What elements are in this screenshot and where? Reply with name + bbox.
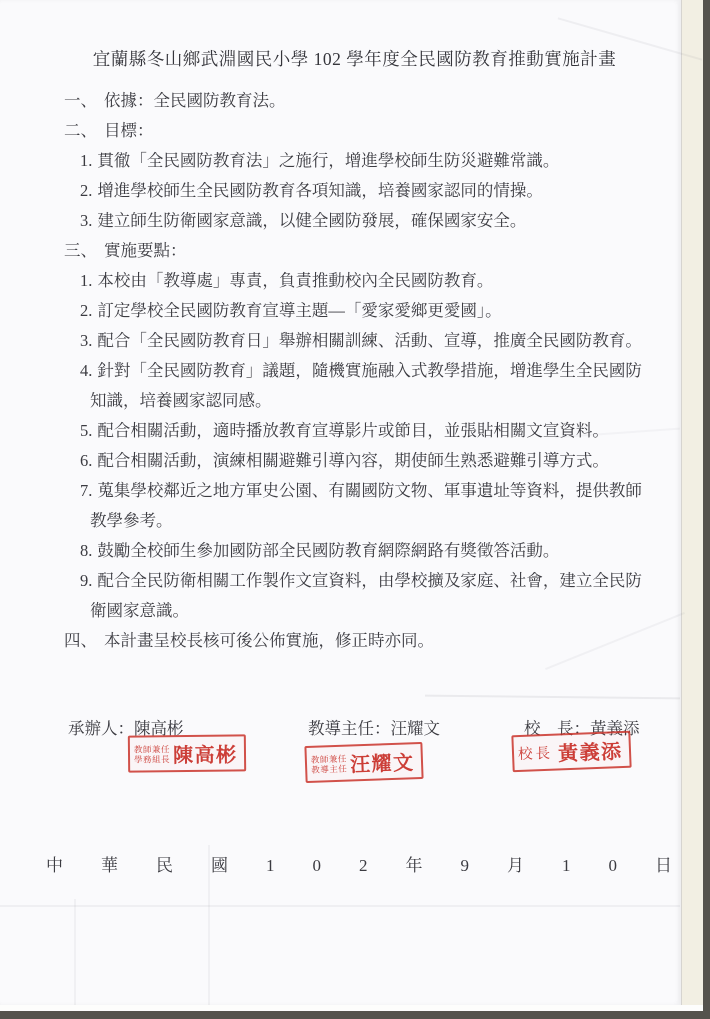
- scanner-edge-bottom: [0, 1011, 710, 1019]
- date-char: 日: [655, 851, 672, 881]
- stamp-title-text: 教師兼任 學務組長: [134, 744, 170, 764]
- item-number: 1.: [80, 151, 92, 170]
- date-char: 年: [406, 851, 423, 881]
- section-text: 本計畫呈校長核可後公佈實施，修正時亦同。: [104, 631, 434, 650]
- item-number: 5.: [80, 421, 92, 440]
- item-number: 1.: [80, 271, 92, 290]
- item-text: 配合相關活動，演練相關避難引導內容，期使師生熟悉避難引導方式。: [97, 451, 609, 470]
- stamp-name-text: 陳高彬: [173, 738, 238, 768]
- stamp-title-line: 教導主任: [311, 763, 347, 774]
- date-char: 民: [156, 851, 173, 881]
- section-heading-implementation: 三、實施要點：: [0, 236, 681, 266]
- section-text: 目標：: [104, 121, 154, 140]
- date-char: 0: [609, 851, 618, 881]
- list-item: 5.配合相關活動，適時播放教育宣導影片或節目，並張貼相關文宣資料。: [0, 416, 681, 446]
- item-text: 配合「全民國防教育日」舉辦相關訓練、活動、宣導，推廣全民國防教育。: [97, 331, 642, 350]
- section-heading-approval: 四、本計畫呈校長核可後公佈實施，修正時亦同。: [0, 626, 681, 656]
- section-label: 二、: [64, 121, 97, 140]
- section-text: 實施要點：: [104, 241, 187, 260]
- stamp-principal: 校長 黃義添: [511, 731, 631, 773]
- document-body: 宜蘭縣冬山鄉武淵國民小學 102 學年度全民國防教育推動實施計畫 一、依據：全民…: [0, 0, 681, 656]
- stamp-title-text: 校長: [518, 742, 554, 764]
- list-item: 7.蒐集學校鄰近之地方軍史公園、有關國防文物、軍事遺址等資料，提供教師: [0, 476, 681, 506]
- item-text: 配合相關活動，適時播放教育宣導影片或節目，並張貼相關文宣資料。: [97, 421, 609, 440]
- date-char: 2: [359, 851, 368, 881]
- stamp-organizer: 教師兼任 學務組長 陳高彬: [128, 734, 246, 772]
- stamp-title-line: 教師兼任: [134, 744, 170, 754]
- item-number: 8.: [80, 541, 92, 560]
- stamp-director: 教師兼任 教導主任 汪耀文: [304, 742, 423, 783]
- section-label: 一、: [64, 91, 97, 110]
- item-text: 本校由「教導處」專責，負責推動校內全民國防教育。: [97, 271, 493, 290]
- list-item: 4.針對「全民國防教育」議題，隨機實施融入式教學措施，增進學生全民國防: [0, 356, 681, 386]
- stamp-name-text: 汪耀文: [350, 746, 415, 777]
- stamp-title-text: 教師兼任 教導主任: [311, 753, 348, 774]
- list-item-continuation: 衛國家意識。: [0, 596, 681, 626]
- section-text: 依據：全民國防教育法。: [104, 91, 286, 110]
- list-item: 1.貫徹「全民國防教育法」之施行，增進學校師生防災避難常識。: [0, 146, 681, 176]
- section-heading-basis: 一、依據：全民國防教育法。: [0, 86, 681, 116]
- item-number: 9.: [80, 571, 92, 590]
- date-char: 月: [507, 851, 524, 881]
- doc-title: 宜蘭縣冬山鄉武淵國民小學 102 學年度全民國防教育推動實施計畫: [14, 44, 695, 74]
- section-label: 三、: [64, 241, 97, 260]
- section-label: 四、: [64, 631, 97, 650]
- date-char: 9: [461, 851, 470, 881]
- item-number: 7.: [80, 481, 92, 500]
- date-char: 1: [562, 851, 571, 881]
- list-item: 3.建立師生防衛國家意識，以健全國防發展，確保國家安全。: [0, 206, 681, 236]
- item-text: 訂定學校全民國防教育宣導主題—「愛家愛鄉更愛國」。: [97, 301, 501, 320]
- scanner-edge-right: [703, 0, 710, 1019]
- list-item: 2.增進學校師生全民國防教育各項知識，培養國家認同的情操。: [0, 176, 681, 206]
- stamp-name-text: 黃義添: [557, 735, 623, 766]
- item-number: 3.: [80, 331, 92, 350]
- list-item-continuation: 知識，培養國家認同感。: [0, 386, 681, 416]
- item-text: 鼓勵全校師生參加國防部全民國防教育網際網路有獎徵答活動。: [97, 541, 559, 560]
- item-number: 2.: [80, 181, 92, 200]
- item-text: 增進學校師生全民國防教育各項知識，培養國家認同的情操。: [97, 181, 543, 200]
- date-char: 1: [266, 851, 275, 881]
- item-text: 建立師生防衛國家意識，以健全國防發展，確保國家安全。: [97, 211, 526, 230]
- item-text: 針對「全民國防教育」議題，隨機實施融入式教學措施，增進學生全民國防: [97, 361, 642, 380]
- date-char: 中: [46, 851, 63, 881]
- date-char: 國: [211, 851, 228, 881]
- item-number: 3.: [80, 211, 92, 230]
- item-number: 2.: [80, 301, 92, 320]
- signature-label-director: 教導主任：汪耀文: [308, 714, 440, 744]
- item-text: 貫徹「全民國防教育法」之施行，增進學校師生防災避難常識。: [97, 151, 559, 170]
- item-text: 配合全民防衛相關工作製作文宣資料，由學校擴及家庭、社會，建立全民防: [97, 571, 642, 590]
- list-item-continuation: 教學參考。: [0, 506, 681, 536]
- list-item: 1.本校由「教導處」專責，負責推動校內全民國防教育。: [0, 266, 681, 296]
- item-text: 蒐集學校鄰近之地方軍史公園、有關國防文物、軍事遺址等資料，提供教師: [97, 481, 642, 500]
- list-item: 2.訂定學校全民國防教育宣導主題—「愛家愛鄉更愛國」。: [0, 296, 681, 326]
- list-item: 9.配合全民防衛相關工作製作文宣資料，由學校擴及家庭、社會，建立全民防: [0, 566, 681, 596]
- stamp-title-line: 學務組長: [134, 754, 170, 764]
- item-number: 4.: [80, 361, 92, 380]
- date-char: 華: [101, 851, 118, 881]
- item-number: 6.: [80, 451, 92, 470]
- list-item: 8.鼓勵全校師生參加國防部全民國防教育網際網路有獎徵答活動。: [0, 536, 681, 566]
- date-char: 0: [313, 851, 322, 881]
- list-item: 6.配合相關活動，演練相關避難引導內容，期使師生熟悉避難引導方式。: [0, 446, 681, 476]
- date-line: 中 華 民 國 1 0 2 年 9 月 1 0 日: [46, 851, 672, 881]
- list-item: 3.配合「全民國防教育日」舉辦相關訓練、活動、宣導，推廣全民國防教育。: [0, 326, 681, 356]
- section-heading-goals: 二、目標：: [0, 116, 681, 146]
